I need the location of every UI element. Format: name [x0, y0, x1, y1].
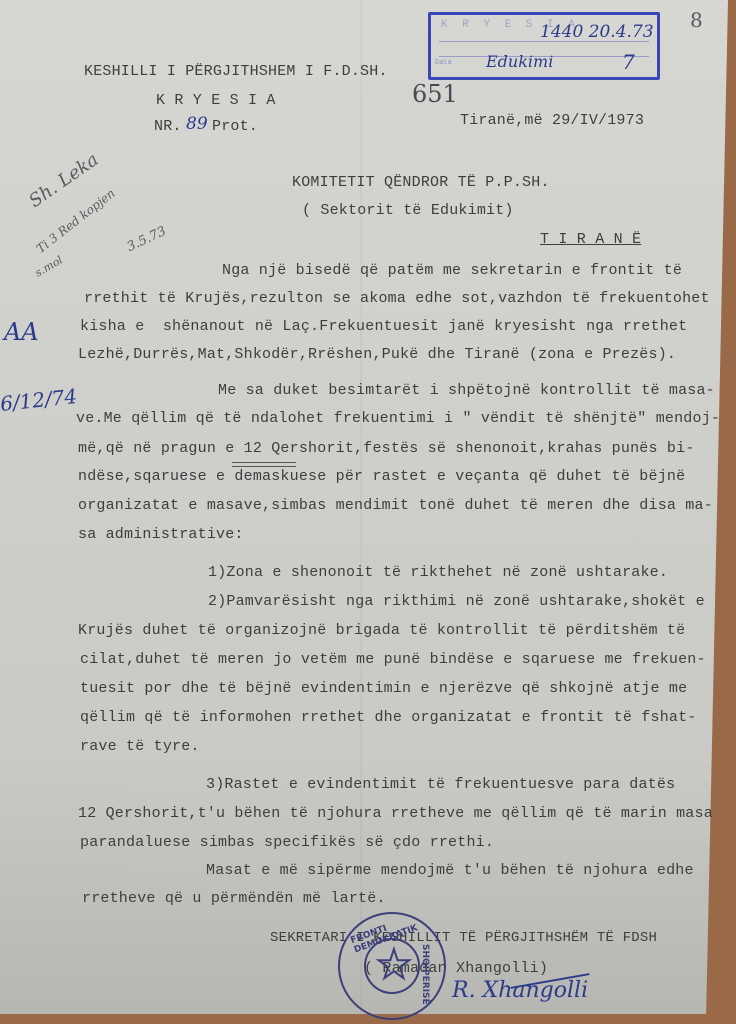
body-line: më,që në pragun e 12 Qershorit,festës së…	[78, 440, 695, 457]
body-line: Lezhë,Durrës,Mat,Shkodër,Rrëshen,Pukë dh…	[78, 346, 676, 363]
recipient-city: T I R A N Ë	[540, 231, 641, 248]
body-line: sa administrative:	[78, 526, 244, 543]
body-line: 3)Rastet e evindentimit të frekuentuesve…	[206, 776, 675, 793]
body-line: 12 Qershorit,t'u bëhen të njohura rrethe…	[78, 805, 713, 822]
recipient-line1: KOMITETIT QËNDROR TË P.P.SH.	[292, 174, 550, 191]
body-line: Krujës duhet të organizojnë brigada të k…	[78, 622, 685, 639]
body-line: rrethit të Krujës,rezulton se akoma edhe…	[84, 290, 710, 307]
handwritten-underline	[232, 462, 296, 467]
body-line: tuesit por dhe të bëjnë evindentimin e n…	[80, 680, 687, 697]
seal-text-side: SHQIPERISË	[420, 944, 430, 1005]
header-organization: KESHILLI I PËRGJITHSHEM I F.D.SH.	[84, 63, 388, 80]
seal-inner-ring: ★	[364, 938, 420, 994]
protocol-number: 89	[186, 114, 208, 134]
body-line: parandaluese simbas specifikës së çdo rr…	[80, 834, 494, 851]
handwritten-ref: 651	[412, 80, 458, 108]
body-line: ve.Me qëllim që të ndalohet frekuentimi …	[76, 410, 720, 427]
body-line: ndëse,sqaruese e demaskuese për rastet e…	[78, 468, 685, 485]
margin-note-5: AA	[4, 318, 39, 346]
header-body: K R Y E S I A	[156, 92, 276, 109]
official-seal: FRONTI DEMOKRATIK SHQIPERISË ★	[338, 912, 446, 1020]
body-line: kisha e shënanout në Laç.Frekuentuesit j…	[80, 318, 687, 335]
protocol-label: NR.	[154, 118, 182, 135]
star-icon: ★	[376, 942, 412, 988]
body-line: qëllim që të informohen rrethet dhe orga…	[80, 709, 697, 726]
body-line: Me sa duket besimtarët i shpëtojnë kontr…	[218, 382, 715, 399]
body-line: Masat e më sipërme mendojmë t'u bëhen të…	[206, 862, 694, 879]
body-line: organizatat e masave,simbas mendimit ton…	[78, 497, 713, 514]
handwritten-signature: R. Xhangolli	[452, 978, 588, 1003]
stamp-number-date: 1440 20.4.73	[540, 22, 654, 42]
signature-title: SEKRETARI I KESHILLIT TË PËRGJITHSHËM TË…	[270, 930, 657, 946]
body-line: Nga një bisedë që patëm me sekretarin e …	[222, 262, 682, 279]
stamp-checkmark: 7	[622, 50, 635, 74]
body-line: rave të tyre.	[80, 738, 200, 755]
body-line: 2)Pamvarësisht nga rikthimi në zonë usht…	[208, 593, 705, 610]
recipient-line2: ( Sektorit të Edukimit)	[302, 202, 514, 219]
body-line: rretheve që u përmëndën më lartë.	[82, 890, 386, 907]
place-date: Tiranë,më 29/IV/1973	[460, 112, 644, 129]
body-line: 1)Zona e shenonoit të rikthehet në zonë …	[208, 564, 668, 581]
page-number: 8	[690, 8, 703, 32]
body-line: cilat,duhet të meren jo vetëm me punë bi…	[80, 651, 706, 668]
protocol-suffix: Prot.	[212, 118, 258, 135]
stamp-field-label: Data	[435, 59, 452, 67]
stamp-handwritten-name: Edukimi	[486, 52, 553, 71]
